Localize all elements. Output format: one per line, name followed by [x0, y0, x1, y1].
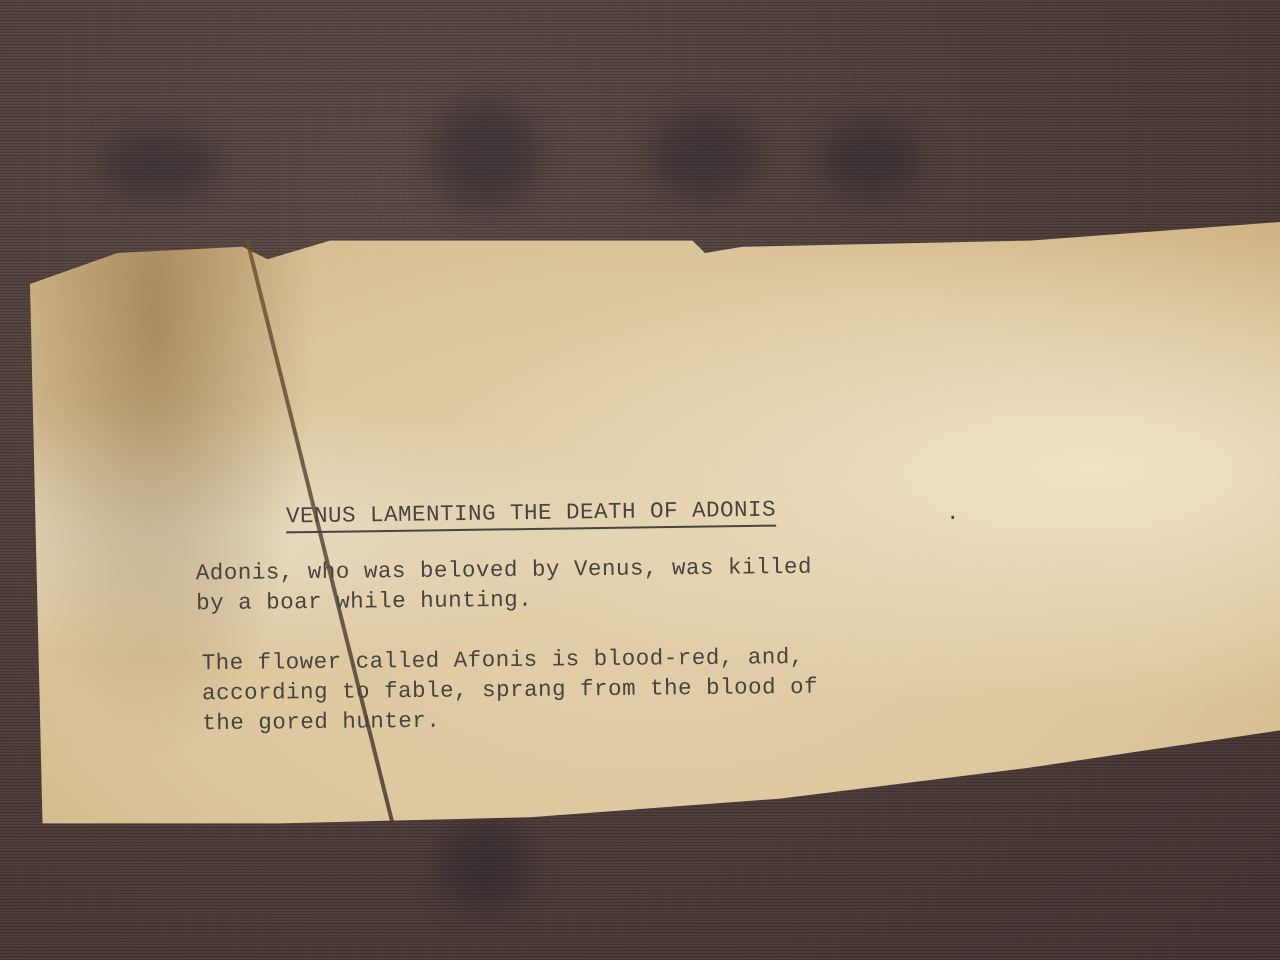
ink-stain — [820, 120, 920, 200]
label-paragraph-1: Adonis, who was beloved by Venus, was ki… — [196, 552, 813, 618]
label-title-period: . — [946, 500, 960, 526]
label-paragraph-2: The flower called Afonis is blood-red, a… — [202, 642, 819, 738]
ink-stain — [430, 100, 540, 210]
ink-stain — [100, 130, 220, 200]
paper-label — [30, 222, 1280, 842]
ink-stain — [650, 110, 760, 200]
ink-stain — [440, 820, 530, 910]
